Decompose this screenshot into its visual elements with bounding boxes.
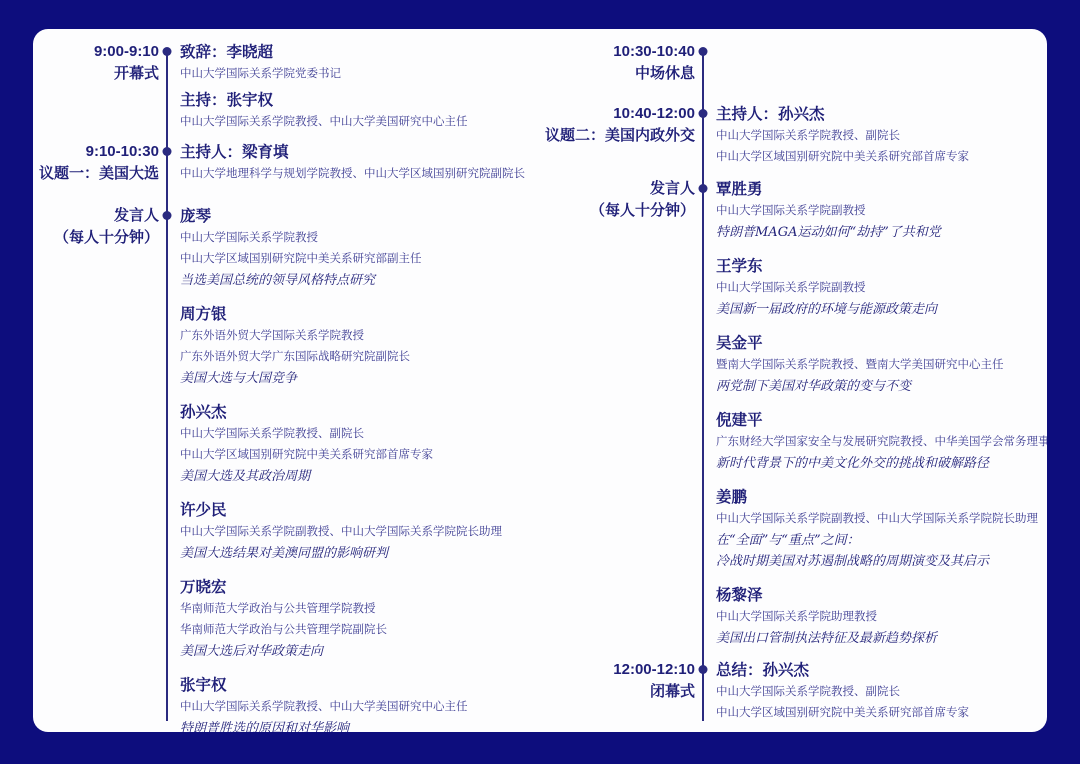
entry-affiliations: 中山大学国际关系学院教授、副院长中山大学区域国别研究院中美关系研究部首席专家 <box>716 126 1047 168</box>
entry-affiliation: 中山大学国际关系学院助理教授 <box>716 607 1047 628</box>
agenda-entry: 倪建平 广东财经大学国家安全与发展研究院教授、中华美国学会常务理事 新时代背景下… <box>716 409 1047 474</box>
entry-affiliations: 广东外语外贸大学国际关系学院教授广东外语外贸大学广东国际战略研究院副院长 <box>180 326 538 368</box>
entry-topics: 两党制下美国对华政策的变与不变 <box>716 376 1047 397</box>
entry-affiliation: 华南师范大学政治与公共管理学院副院长 <box>180 620 538 641</box>
entry-affiliations: 中山大学国际关系学院教授中山大学区域国别研究院中美关系研究部副主任 <box>180 228 538 270</box>
entry-topics: 美国新一届政府的环境与能源政策走向 <box>716 299 1047 320</box>
entry-topics: 新时代背景下的中美文化外交的挑战和破解路径 <box>716 453 1047 474</box>
block-session-label: 议题一：美国大选 <box>33 163 159 184</box>
entry-heading: 万晓宏 <box>180 576 538 599</box>
block-time-label: 12:00-12:10 <box>538 659 695 680</box>
block-time-label: 10:40-12:00 <box>538 103 695 124</box>
agenda-block: 12:00-12:10 闭幕式 总结：孙兴杰 中山大学国际关系学院教授、副院长中… <box>538 659 1047 724</box>
agenda-entry: 孙兴杰 中山大学国际关系学院教授、副院长中山大学区域国别研究院中美关系研究部首席… <box>180 401 538 487</box>
entry-heading: 张宇权 <box>180 674 538 697</box>
block-entries: 总结：孙兴杰 中山大学国际关系学院教授、副院长中山大学区域国别研究院中美关系研究… <box>695 659 1047 724</box>
agenda-entry: 姜鹏 中山大学国际关系学院副教授、中山大学国际关系学院院长助理 在“全面”与“重… <box>716 486 1047 572</box>
entry-affiliation: 中山大学国际关系学院教授、中山大学美国研究中心主任 <box>180 697 538 718</box>
block-label: 10:30-10:40 中场休息 <box>538 41 695 84</box>
block-time-label: 发言人 <box>538 178 695 199</box>
entry-heading: 主持：张宇权 <box>180 89 538 112</box>
entry-affiliation: 中山大学国际关系学院副教授、中山大学国际关系学院院长助理 <box>716 509 1047 530</box>
entry-affiliations: 中山大学国际关系学院教授、中山大学美国研究中心主任 <box>180 112 538 133</box>
entry-affiliations: 中山大学国际关系学院副教授 <box>716 201 1047 222</box>
block-entries: 覃胜勇 中山大学国际关系学院副教授 特朗普MAGA运动如何“劫持”了共和党 王学… <box>695 178 1047 649</box>
entry-heading: 吴金平 <box>716 332 1047 355</box>
agenda-column-left: 9:00-9:10 开幕式 致辞：李晓超 中山大学国际关系学院党委书记 <box>33 29 538 732</box>
agenda-block: 9:00-9:10 开幕式 致辞：李晓超 中山大学国际关系学院党委书记 <box>33 41 538 133</box>
block-session-label: 闭幕式 <box>538 681 695 702</box>
agenda-entry: 杨黎泽 中山大学国际关系学院助理教授 美国出口管制执法特征及最新趋势探析 <box>716 584 1047 649</box>
entry-affiliation: 暨南大学国际关系学院教授、暨南大学美国研究中心主任 <box>716 355 1047 376</box>
agenda-entry: 主持人：梁育填 中山大学地理科学与规划学院教授、中山大学区域国别研究院副院长 <box>180 141 538 185</box>
timeline-dot-icon <box>163 147 172 156</box>
entry-heading: 姜鹏 <box>716 486 1047 509</box>
entry-affiliation: 中山大学国际关系学院教授、副院长 <box>716 126 1047 147</box>
entry-affiliations: 中山大学国际关系学院副教授、中山大学国际关系学院院长助理 <box>180 522 538 543</box>
entry-heading: 致辞：李晓超 <box>180 41 538 64</box>
agenda-entry: 周方银 广东外语外贸大学国际关系学院教授广东外语外贸大学广东国际战略研究院副院长… <box>180 303 538 389</box>
entry-affiliation: 广东外语外贸大学广东国际战略研究院副院长 <box>180 347 538 368</box>
entry-affiliation: 华南师范大学政治与公共管理学院教授 <box>180 599 538 620</box>
entry-heading: 王学东 <box>716 255 1047 278</box>
entry-affiliations: 中山大学国际关系学院助理教授 <box>716 607 1047 628</box>
entry-affiliation: 中山大学国际关系学院教授 <box>180 228 538 249</box>
entry-affiliation: 中山大学区域国别研究院中美关系研究部首席专家 <box>180 445 538 466</box>
entry-topic-title: 当选美国总统的领导风格特点研究 <box>180 270 538 291</box>
block-entries: 主持人：梁育填 中山大学地理科学与规划学院教授、中山大学区域国别研究院副院长 <box>159 141 538 185</box>
agenda-blocks-right: 10:30-10:40 中场休息 10:40-12:00 议题二：美国内政外交 <box>538 29 1047 724</box>
block-label: 9:10-10:30 议题一：美国大选 <box>33 141 159 185</box>
agenda-block: 发言人 （每人十分钟） 庞琴 中山大学国际关系学院教授中山大学区域国别研究院中美… <box>33 205 538 732</box>
entry-affiliations: 广东财经大学国家安全与发展研究院教授、中华美国学会常务理事 <box>716 432 1047 453</box>
block-time-label: 9:00-9:10 <box>33 41 159 62</box>
entry-topics: 美国大选结果对美澳同盟的影响研判 <box>180 543 538 564</box>
entry-heading: 主持人：梁育填 <box>180 141 538 164</box>
entry-affiliation: 中山大学区域国别研究院中美关系研究部首席专家 <box>716 703 1047 724</box>
entry-affiliation: 中山大学区域国别研究院中美关系研究部首席专家 <box>716 147 1047 168</box>
entry-affiliations: 暨南大学国际关系学院教授、暨南大学美国研究中心主任 <box>716 355 1047 376</box>
timeline-dot-icon <box>163 47 172 56</box>
block-label: 10:40-12:00 议题二：美国内政外交 <box>538 103 695 168</box>
entry-affiliations: 中山大学国际关系学院教授、中山大学美国研究中心主任 <box>180 697 538 718</box>
block-session-label: 中场休息 <box>538 63 695 84</box>
entry-affiliations: 华南师范大学政治与公共管理学院教授华南师范大学政治与公共管理学院副院长 <box>180 599 538 641</box>
block-session-label: （每人十分钟） <box>33 227 159 248</box>
entry-topic-title: 冷战时期美国对苏遏制战略的周期演变及其启示 <box>716 551 1047 572</box>
entry-topic-title: 美国大选后对华政策走向 <box>180 641 538 662</box>
entry-topic-title: 特朗普胜选的原因和对华影响 <box>180 718 538 732</box>
entry-heading: 许少民 <box>180 499 538 522</box>
entry-topics: 美国大选后对华政策走向 <box>180 641 538 662</box>
agenda-entry: 张宇权 中山大学国际关系学院教授、中山大学美国研究中心主任 特朗普胜选的原因和对… <box>180 674 538 732</box>
agenda-block: 发言人 （每人十分钟） 覃胜勇 中山大学国际关系学院副教授 <box>538 178 1047 649</box>
agenda-entry: 致辞：李晓超 中山大学国际关系学院党委书记 <box>180 41 538 85</box>
block-time-label: 发言人 <box>33 205 159 226</box>
entry-heading: 庞琴 <box>180 205 538 228</box>
block-entries: 庞琴 中山大学国际关系学院教授中山大学区域国别研究院中美关系研究部副主任 当选美… <box>159 205 538 732</box>
entry-affiliation: 广东财经大学国家安全与发展研究院教授、中华美国学会常务理事 <box>716 432 1047 453</box>
timeline-dot-icon <box>699 47 708 56</box>
timeline-dot-icon <box>699 184 708 193</box>
entry-topic-title: 美国大选结果对美澳同盟的影响研判 <box>180 543 538 564</box>
entry-affiliations: 中山大学地理科学与规划学院教授、中山大学区域国别研究院副院长 <box>180 164 538 185</box>
entry-topics: 特朗普MAGA运动如何“劫持”了共和党 <box>716 222 1047 243</box>
block-label: 9:00-9:10 开幕式 <box>33 41 159 133</box>
entry-affiliation: 中山大学地理科学与规划学院教授、中山大学区域国别研究院副院长 <box>180 164 538 185</box>
agenda-block: 9:10-10:30 议题一：美国大选 主持人：梁育填 中山大学地理科学与规划学… <box>33 141 538 185</box>
entry-topic-title: 美国新一届政府的环境与能源政策走向 <box>716 299 1047 320</box>
agenda-block: 10:40-12:00 议题二：美国内政外交 主持人：孙兴杰 中山大学国际关系学… <box>538 103 1047 168</box>
block-time-label: 9:10-10:30 <box>33 141 159 162</box>
block-session-label: 开幕式 <box>33 63 159 84</box>
entry-topics: 美国大选及其政治周期 <box>180 466 538 487</box>
entry-affiliation: 中山大学国际关系学院副教授 <box>716 278 1047 299</box>
block-label: 发言人 （每人十分钟） <box>33 205 159 732</box>
agenda-entry: 主持：张宇权 中山大学国际关系学院教授、中山大学美国研究中心主任 <box>180 89 538 133</box>
entry-affiliations: 中山大学国际关系学院教授、副院长中山大学区域国别研究院中美关系研究部首席专家 <box>180 424 538 466</box>
agenda-blocks-left: 9:00-9:10 开幕式 致辞：李晓超 中山大学国际关系学院党委书记 <box>33 29 538 732</box>
entry-heading: 覃胜勇 <box>716 178 1047 201</box>
entry-topic-title: 新时代背景下的中美文化外交的挑战和破解路径 <box>716 453 1047 474</box>
entry-topic-title: 美国大选及其政治周期 <box>180 466 538 487</box>
entry-heading: 孙兴杰 <box>180 401 538 424</box>
entry-topic-title: 美国出口管制执法特征及最新趋势探析 <box>716 628 1047 649</box>
entry-affiliation: 中山大学国际关系学院教授、副院长 <box>716 682 1047 703</box>
agenda-entry: 覃胜勇 中山大学国际关系学院副教授 特朗普MAGA运动如何“劫持”了共和党 <box>716 178 1047 243</box>
entry-heading: 主持人：孙兴杰 <box>716 103 1047 126</box>
block-entries: 主持人：孙兴杰 中山大学国际关系学院教授、副院长中山大学区域国别研究院中美关系研… <box>695 103 1047 168</box>
agenda-entry: 主持人：孙兴杰 中山大学国际关系学院教授、副院长中山大学区域国别研究院中美关系研… <box>716 103 1047 168</box>
block-session-label: 议题二：美国内政外交 <box>538 125 695 146</box>
entry-affiliation: 中山大学国际关系学院副教授 <box>716 201 1047 222</box>
agenda-entry: 吴金平 暨南大学国际关系学院教授、暨南大学美国研究中心主任 两党制下美国对华政策… <box>716 332 1047 397</box>
entry-topics: 美国出口管制执法特征及最新趋势探析 <box>716 628 1047 649</box>
entry-topics: 美国大选与大国竞争 <box>180 368 538 389</box>
entry-heading: 杨黎泽 <box>716 584 1047 607</box>
entry-topics: 特朗普胜选的原因和对华影响 <box>180 718 538 732</box>
agenda-block: 10:30-10:40 中场休息 <box>538 41 1047 84</box>
entry-heading: 总结：孙兴杰 <box>716 659 1047 682</box>
block-label: 发言人 （每人十分钟） <box>538 178 695 649</box>
agenda-entry: 总结：孙兴杰 中山大学国际关系学院教授、副院长中山大学区域国别研究院中美关系研究… <box>716 659 1047 724</box>
entry-topics: 在“全面”与“重点”之间：冷战时期美国对苏遏制战略的周期演变及其启示 <box>716 530 1047 572</box>
entry-topic-title: 美国大选与大国竞争 <box>180 368 538 389</box>
entry-affiliations: 中山大学国际关系学院副教授、中山大学国际关系学院院长助理 <box>716 509 1047 530</box>
timeline-dot-icon <box>699 665 708 674</box>
agenda-entry: 万晓宏 华南师范大学政治与公共管理学院教授华南师范大学政治与公共管理学院副院长 … <box>180 576 538 662</box>
entry-affiliation: 中山大学国际关系学院党委书记 <box>180 64 538 85</box>
entry-heading: 周方银 <box>180 303 538 326</box>
entry-affiliation: 中山大学国际关系学院副教授、中山大学国际关系学院院长助理 <box>180 522 538 543</box>
entry-topics: 当选美国总统的领导风格特点研究 <box>180 270 538 291</box>
block-entries: 致辞：李晓超 中山大学国际关系学院党委书记 主持：张宇权 <box>159 41 538 133</box>
entry-affiliation: 广东外语外贸大学国际关系学院教授 <box>180 326 538 347</box>
entry-topic-title: 两党制下美国对华政策的变与不变 <box>716 376 1047 397</box>
block-label: 12:00-12:10 闭幕式 <box>538 659 695 724</box>
entry-affiliation: 中山大学国际关系学院教授、副院长 <box>180 424 538 445</box>
agenda-entry: 庞琴 中山大学国际关系学院教授中山大学区域国别研究院中美关系研究部副主任 当选美… <box>180 205 538 291</box>
entry-affiliations: 中山大学国际关系学院党委书记 <box>180 64 538 85</box>
entry-topic-title: 特朗普MAGA运动如何“劫持”了共和党 <box>716 222 1047 243</box>
block-session-label: （每人十分钟） <box>538 200 695 221</box>
timeline-dot-icon <box>163 211 172 220</box>
agenda-entry: 许少民 中山大学国际关系学院副教授、中山大学国际关系学院院长助理 美国大选结果对… <box>180 499 538 564</box>
entry-affiliation: 中山大学国际关系学院教授、中山大学美国研究中心主任 <box>180 112 538 133</box>
agenda-panel: 9:00-9:10 开幕式 致辞：李晓超 中山大学国际关系学院党委书记 <box>33 29 1047 732</box>
agenda-entry: 王学东 中山大学国际关系学院副教授 美国新一届政府的环境与能源政策走向 <box>716 255 1047 320</box>
agenda-column-right: 10:30-10:40 中场休息 10:40-12:00 议题二：美国内政外交 <box>538 29 1047 732</box>
entry-affiliations: 中山大学国际关系学院副教授 <box>716 278 1047 299</box>
entry-heading: 倪建平 <box>716 409 1047 432</box>
entry-affiliation: 中山大学区域国别研究院中美关系研究部副主任 <box>180 249 538 270</box>
entry-affiliations: 中山大学国际关系学院教授、副院长中山大学区域国别研究院中美关系研究部首席专家 <box>716 682 1047 724</box>
block-entries <box>695 41 1047 84</box>
entry-topic-title: 在“全面”与“重点”之间： <box>716 530 1047 551</box>
timeline-dot-icon <box>699 109 708 118</box>
block-time-label: 10:30-10:40 <box>538 41 695 62</box>
